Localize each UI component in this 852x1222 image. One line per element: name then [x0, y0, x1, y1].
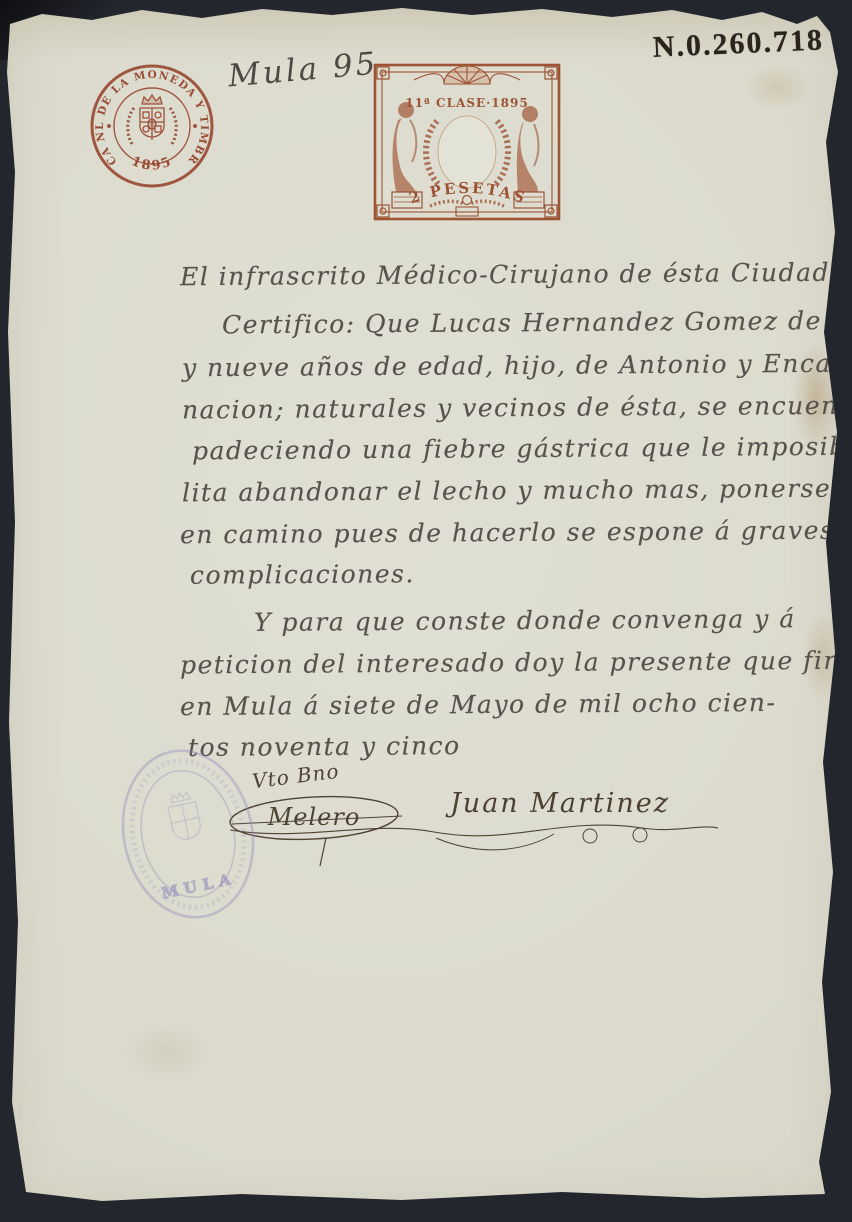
serial-number: N.0.260.718 [613, 23, 824, 66]
mint-seal: FCA NL DE LA MONEDA Y TIMBRE 1895 [88, 56, 216, 196]
coat-of-arms-icon [128, 95, 177, 144]
body-line: padeciendo una fiebre gástrica que le im… [192, 432, 852, 466]
foxing-stain [122, 1022, 212, 1082]
body-line: El infrascrito Médico-Cirujano de ésta C… [180, 258, 830, 292]
signature-left: Melero [267, 803, 361, 831]
body-line: complicaciones. [190, 559, 415, 590]
seal-year: 1895 [129, 154, 175, 174]
stamp-class-line: 11ª CLASE·1895 [405, 96, 528, 110]
bottom-laurel-icon [430, 201, 504, 216]
body-line: Y para que conste donde convenga y á [254, 604, 796, 637]
signature-right: Juan Martinez [445, 788, 670, 819]
handwritten-header: Mula 95 [227, 46, 380, 95]
foxing-stain [742, 62, 812, 112]
stamp-arms-icon [166, 790, 203, 843]
shell-ornament-icon [414, 66, 520, 84]
revenue-stamp: 11ª CLASE·1895 2 PESETAS [372, 58, 562, 226]
stamp-denomination: 2 PESETAS [407, 179, 529, 207]
body-line: lita abandonar el lecho y mucho mas, pon… [182, 474, 831, 508]
body-line: en Mula á siete de Mayo de mil ocho cien… [180, 688, 777, 721]
body-line: peticion del interesado doy la presente … [180, 646, 852, 680]
document-paper: FCA NL DE LA MONEDA Y TIMBRE 1895 Mula 9… [2, 2, 848, 1218]
body-line: nacion; naturales y vecinos de ésta, se … [182, 391, 852, 425]
body-line: y nueve años de edad, hijo, de Antonio y… [182, 349, 852, 383]
body-line: Certifico: Que Lucas Hernandez Gomez de … [222, 306, 852, 340]
body-line: en camino pues de hacerlo se espone á gr… [180, 516, 834, 550]
signatures: Melero Juan Martinez [222, 778, 722, 870]
municipal-stamp: MULA [108, 742, 268, 927]
